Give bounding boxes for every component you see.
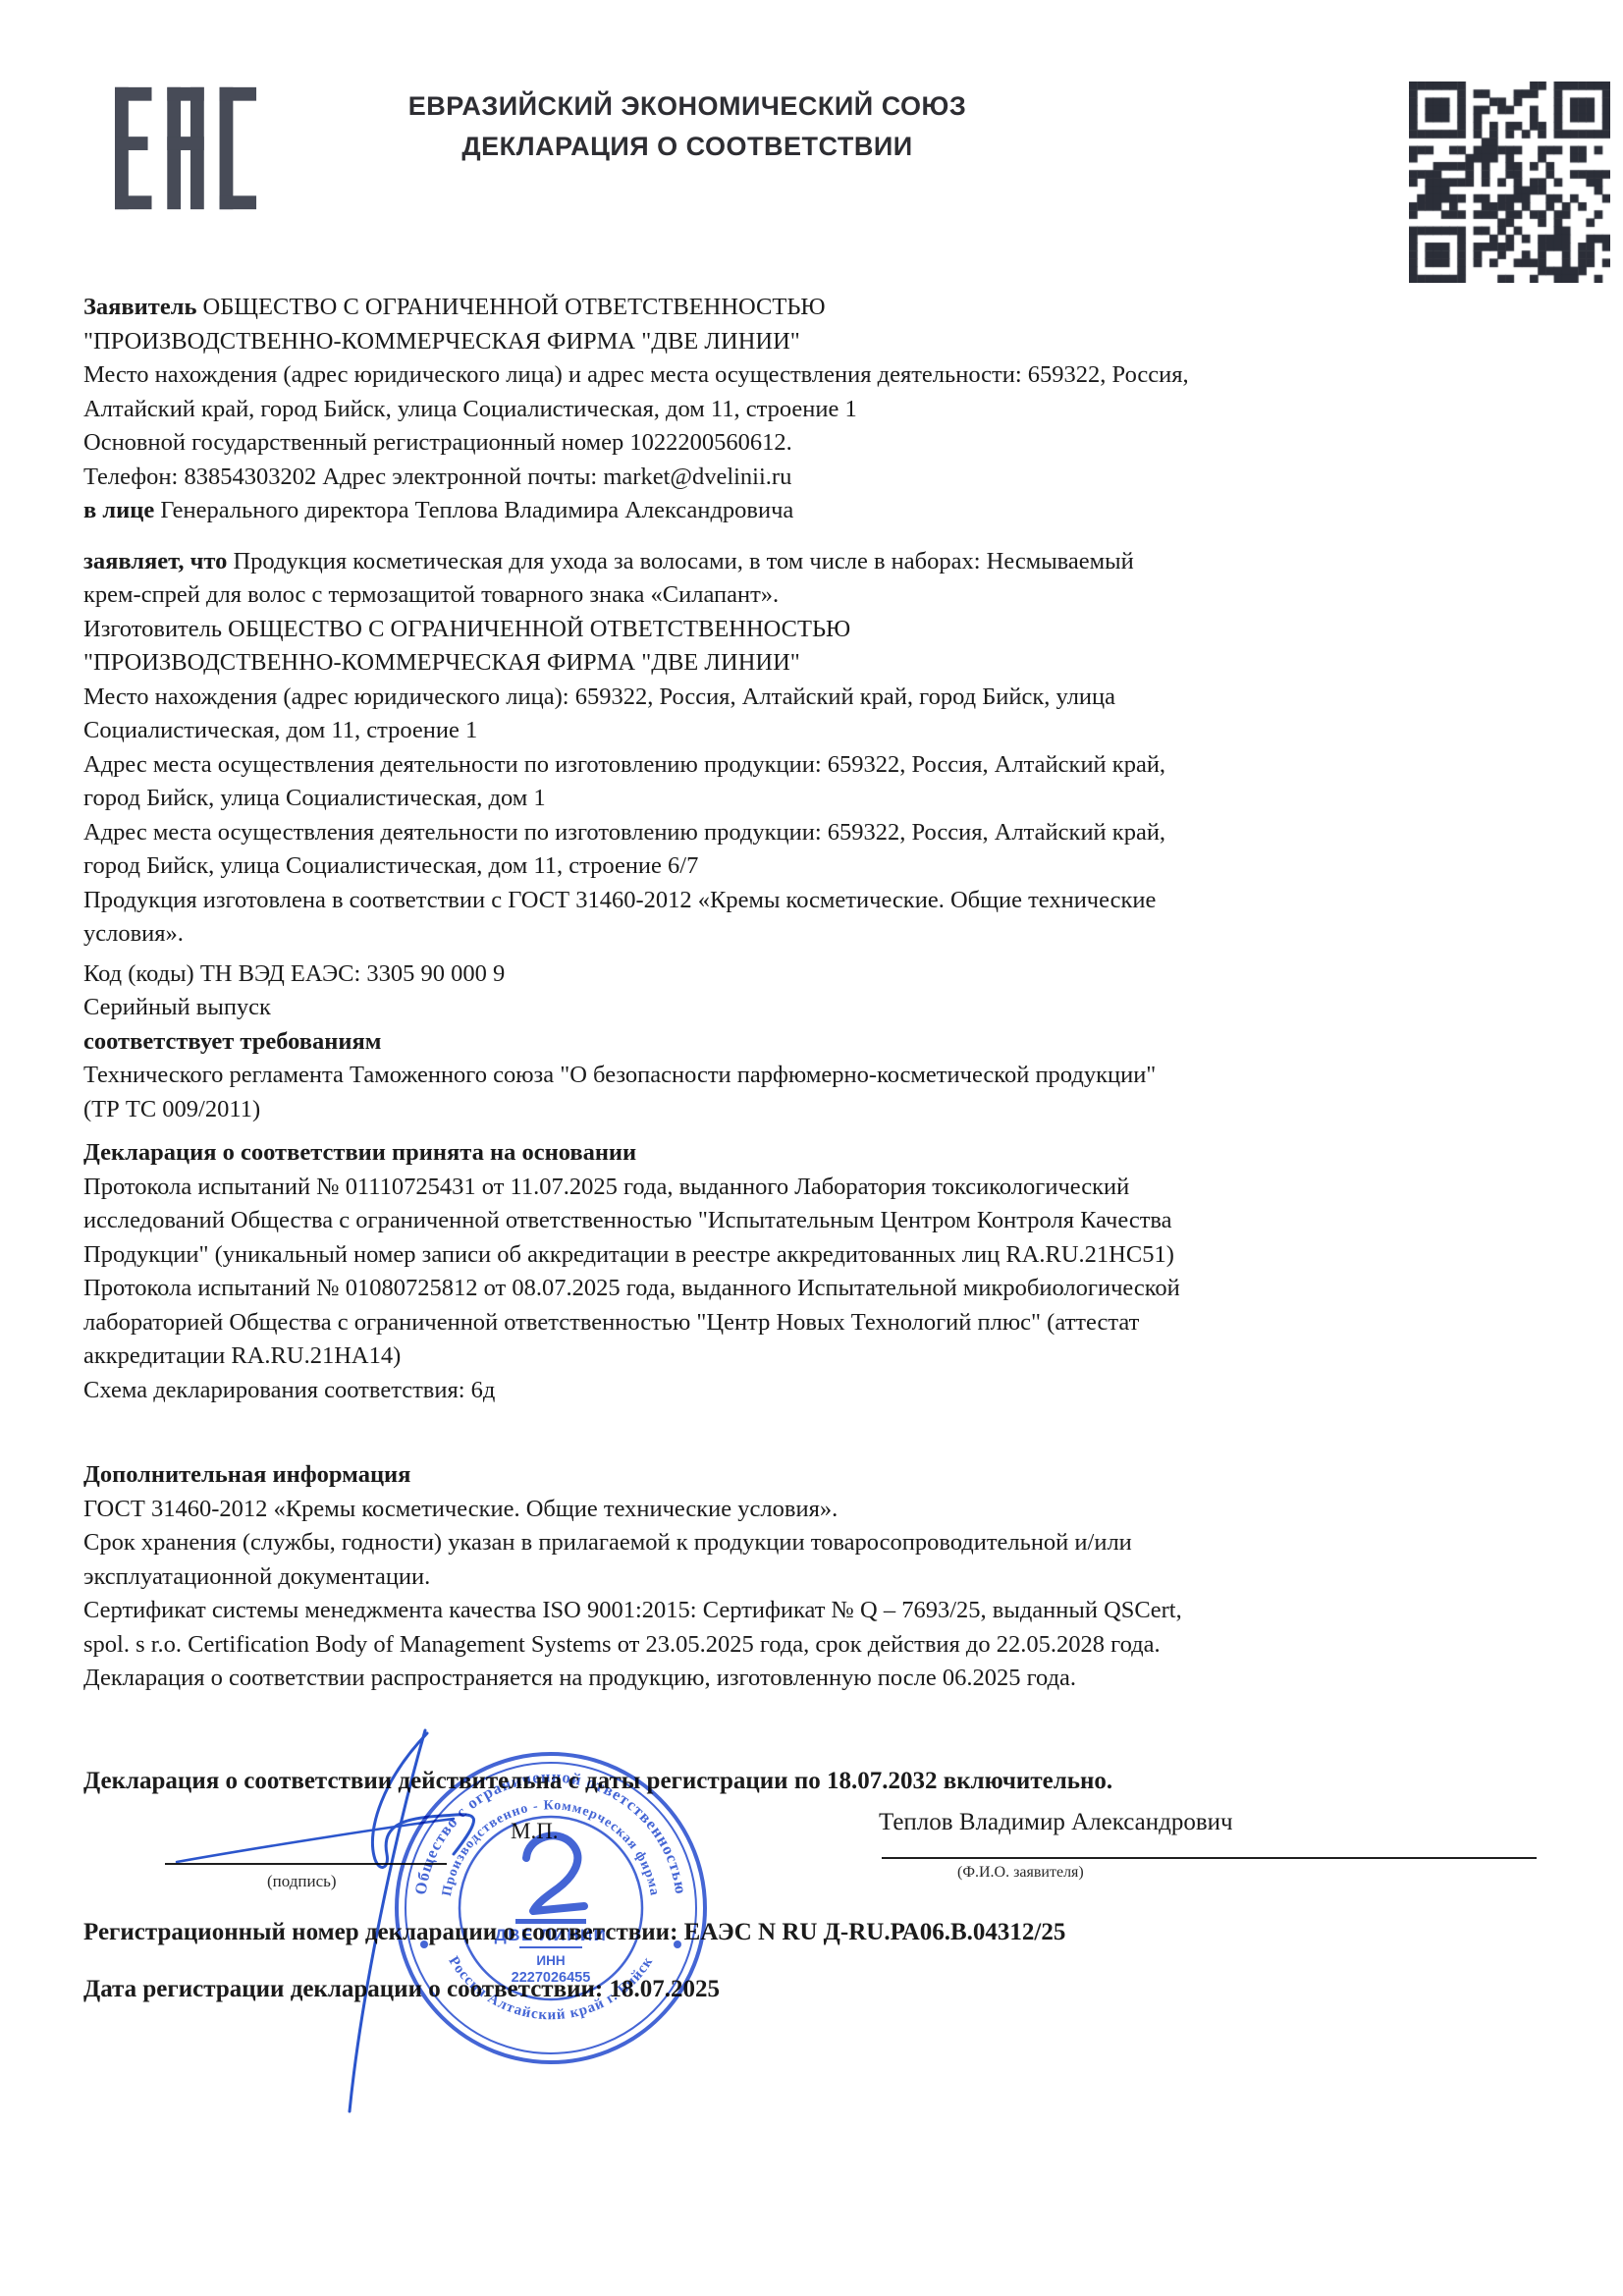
body-line: Протокола испытаний № 01080725812 от 08.… [83, 1272, 1561, 1306]
body-line: Алтайский край, город Бийск, улица Социа… [83, 393, 1561, 427]
body-line: город Бийск, улица Социалистическая, дом… [83, 782, 1561, 816]
body-line: Адрес места осуществления деятельности п… [83, 816, 1561, 850]
body-line: Социалистическая, дом 11, строение 1 [83, 714, 1561, 748]
body-line: исследований Общества с ограниченной отв… [83, 1204, 1561, 1238]
body-line: Сертификат системы менеджмента качества … [83, 1594, 1561, 1628]
document-page: ЕВРАЗИЙСКИЙ ЭКОНОМИЧЕСКИЙ СОЮЗ ДЕКЛАРАЦИ… [0, 0, 1623, 2296]
stamp-inn-label: ИНН [536, 1953, 565, 1968]
body-line: условия». [83, 917, 1561, 952]
body-line: Телефон: 83854303202 Адрес электронной п… [83, 461, 1561, 495]
body-line: Место нахождения (адрес юридического лиц… [83, 681, 1561, 715]
signature-ink [147, 1699, 540, 2141]
body-line: Серийный выпуск [83, 991, 1561, 1025]
body-line: Место нахождения (адрес юридического лиц… [83, 358, 1561, 393]
body-line: spol. s r.o. Certification Body of Manag… [83, 1628, 1561, 1663]
body-line: Схема декларирования соответствия: 6д [83, 1374, 1561, 1408]
body-line: Код (коды) ТН ВЭД ЕАЭС: 3305 90 000 9 [83, 957, 1561, 992]
fio-rule [882, 1857, 1537, 1859]
body-line: ГОСТ 31460-2012 «Кремы косметические. Об… [83, 1493, 1561, 1527]
body-line: "ПРОИЗВОДСТВЕННО-КОММЕРЧЕСКАЯ ФИРМА "ДВЕ… [83, 325, 1561, 359]
document-title: ЕВРАЗИЙСКИЙ ЭКОНОМИЧЕСКИЙ СОЮЗ ДЕКЛАРАЦИ… [236, 86, 1139, 167]
body-line: Продукции" (уникальный номер записи об а… [83, 1238, 1561, 1273]
fio-caption: (Ф.И.О. заявителя) [957, 1864, 1084, 1882]
body-text: Заявитель ОБЩЕСТВО С ОГРАНИЧЕННОЙ ОТВЕТС… [83, 291, 1561, 1696]
body-line: город Бийск, улица Социалистическая, дом… [83, 849, 1561, 884]
body-line: заявляет, что Продукция косметическая дл… [83, 545, 1561, 579]
title-line-1: ЕВРАЗИЙСКИЙ ЭКОНОМИЧЕСКИЙ СОЮЗ [236, 86, 1139, 127]
body-line: Дополнительная информация [83, 1458, 1561, 1493]
body-line: Адрес места осуществления деятельности п… [83, 748, 1561, 783]
body-line: Срок хранения (службы, годности) указан … [83, 1526, 1561, 1560]
body-line: эксплуатационной документации. [83, 1560, 1561, 1595]
body-line: в лице Генерального директора Теплова Вл… [83, 494, 1561, 528]
body-line: Технического регламента Таможенного союз… [83, 1059, 1561, 1093]
body-line: Изготовитель ОБЩЕСТВО С ОГРАНИЧЕННОЙ ОТВ… [83, 613, 1561, 647]
body-line: Декларация о соответствии принята на осн… [83, 1136, 1561, 1171]
body-line: Основной государственный регистрационный… [83, 426, 1561, 461]
body-line: крем-спрей для волос с термозащитой това… [83, 578, 1561, 613]
body-line: Протокола испытаний № 01110725431 от 11.… [83, 1171, 1561, 1205]
body-line: (ТР ТС 009/2011) [83, 1093, 1561, 1127]
body-line: аккредитации RA.RU.21HA14) [83, 1339, 1561, 1374]
title-line-2: ДЕКЛАРАЦИЯ О СООТВЕТСТВИИ [236, 127, 1139, 167]
body-line: лабораторией Общества с ограниченной отв… [83, 1306, 1561, 1340]
qr-code [1409, 82, 1610, 283]
body-line: "ПРОИЗВОДСТВЕННО-КОММЕРЧЕСКАЯ ФИРМА "ДВЕ… [83, 646, 1561, 681]
applicant-name: Теплов Владимир Александрович [879, 1809, 1233, 1836]
body-line: Продукция изготовлена в соответствии с Г… [83, 884, 1561, 918]
body-line: соответствует требованиям [83, 1025, 1561, 1060]
body-line: Декларация о соответствии распространяет… [83, 1662, 1561, 1696]
body-line: Заявитель ОБЩЕСТВО С ОГРАНИЧЕННОЙ ОТВЕТС… [83, 291, 1561, 325]
